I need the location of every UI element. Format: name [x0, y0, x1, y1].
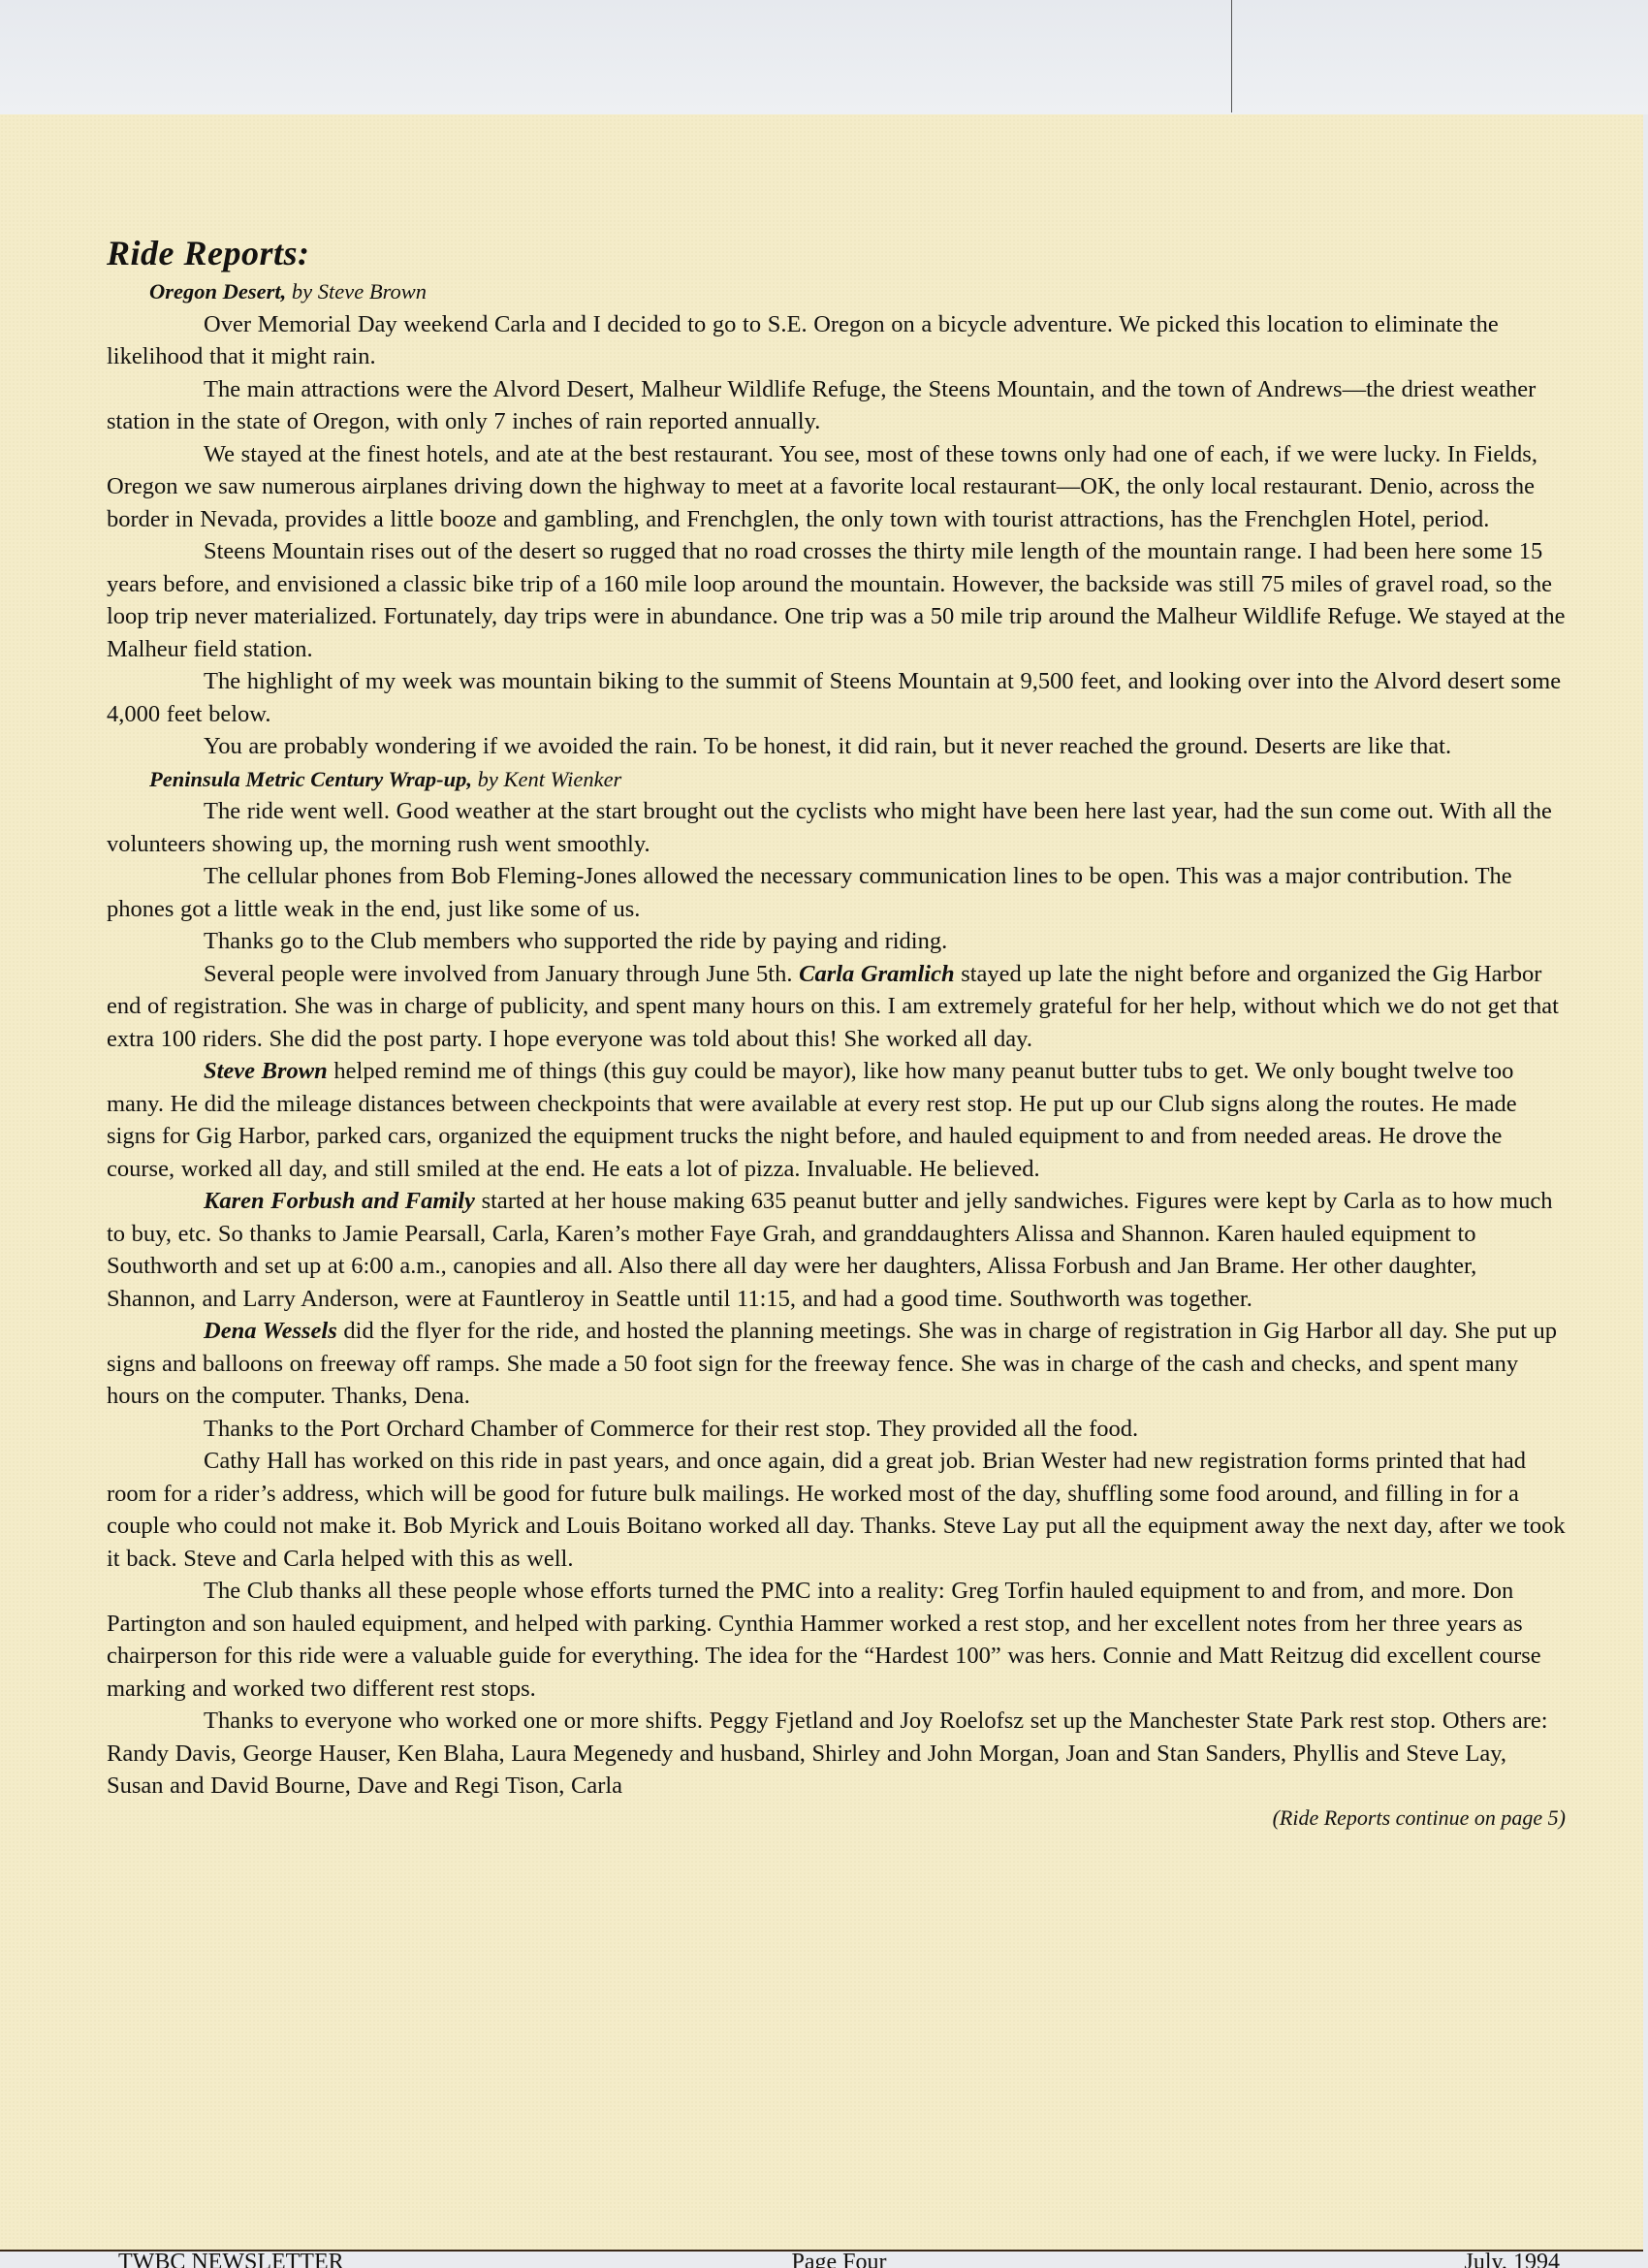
article-byline: by Kent Wienker — [478, 767, 622, 791]
volunteer-name: Dena Wessels — [204, 1318, 337, 1344]
paragraph: Karen Forbush and Family started at her … — [107, 1185, 1566, 1315]
paragraph: The cellular phones from Bob Fleming-Jon… — [107, 860, 1566, 925]
section-title: Ride Reports: — [107, 233, 1566, 273]
paragraph: You are probably wondering if we avoided… — [107, 730, 1566, 763]
paragraph: We stayed at the finest hotels, and ate … — [107, 438, 1566, 536]
paragraph: Steve Brown helped remind me of things (… — [107, 1055, 1566, 1185]
article-title: Peninsula Metric Century Wrap-up, — [149, 767, 472, 791]
paragraph: The Club thanks all these people whose e… — [107, 1575, 1566, 1705]
continued-note: (Ride Reports continue on page 5) — [107, 1803, 1566, 1834]
paragraph: The main attractions were the Alvord Des… — [107, 373, 1566, 438]
paragraph: The ride went well. Good weather at the … — [107, 795, 1566, 860]
article-heading: Peninsula Metric Century Wrap-up, by Ken… — [149, 763, 1566, 796]
article-byline: by Steve Brown — [292, 279, 427, 303]
article-title: Oregon Desert, — [149, 279, 286, 303]
paragraph: Over Memorial Day weekend Carla and I de… — [107, 308, 1566, 373]
article-body: The ride went well. Good weather at the … — [107, 795, 1566, 1803]
article-oregon-desert: Oregon Desert, by Steve Brown Over Memor… — [107, 275, 1566, 763]
article-heading: Oregon Desert, by Steve Brown — [149, 275, 1566, 308]
footer-page-number: Page Four — [118, 2250, 1560, 2268]
page-footer: TWBC NEWSLETTER Page Four July, 1994 — [118, 2250, 1560, 2268]
page-content: Ride Reports: Oregon Desert, by Steve Br… — [107, 233, 1566, 1834]
volunteer-name: Steve Brown — [204, 1058, 328, 1084]
paragraph: Steens Mountain rises out of the desert … — [107, 535, 1566, 665]
newsletter-page: Ride Reports: Oregon Desert, by Steve Br… — [0, 114, 1643, 2252]
scan-artifact-line — [1231, 0, 1232, 112]
article-peninsula-metric-century: Peninsula Metric Century Wrap-up, by Ken… — [107, 763, 1566, 1803]
paragraph: Dena Wessels did the flyer for the ride,… — [107, 1315, 1566, 1413]
paragraph: Several people were involved from Januar… — [107, 958, 1566, 1056]
volunteer-name: Karen Forbush and Family — [204, 1188, 475, 1214]
paragraph: Thanks to the Port Orchard Chamber of Co… — [107, 1413, 1566, 1446]
paragraph: Cathy Hall has worked on this ride in pa… — [107, 1445, 1566, 1575]
paragraph: Thanks to everyone who worked one or mor… — [107, 1705, 1566, 1803]
scanner-background — [0, 0, 1648, 114]
paragraph: The highlight of my week was mountain bi… — [107, 665, 1566, 730]
volunteer-name: Carla Gramlich — [799, 961, 954, 987]
paragraph: Thanks go to the Club members who suppor… — [107, 925, 1566, 958]
